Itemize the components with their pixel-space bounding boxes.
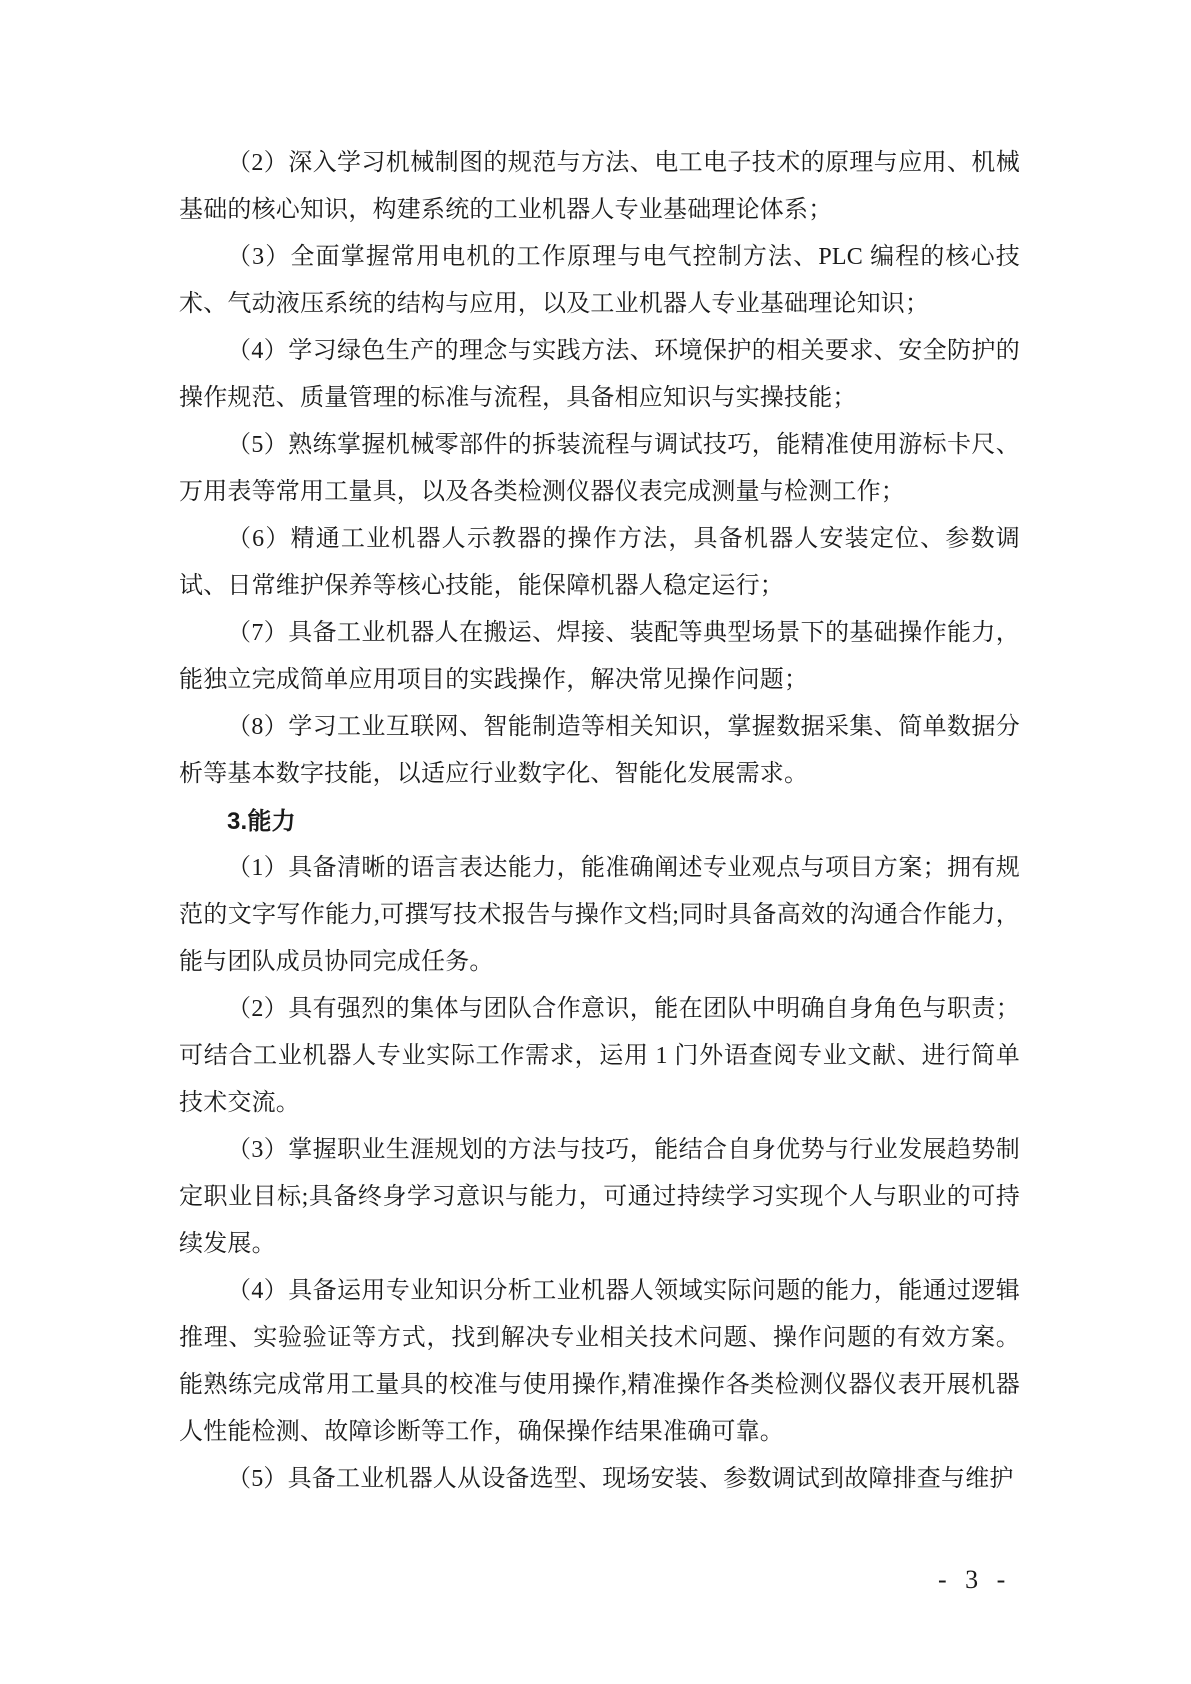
document-page: （2）深入学习机械制图的规范与方法、电工电子技术的原理与应用、机械基础的核心知识…: [0, 0, 1191, 1684]
section-heading-ability: 3.能力: [179, 798, 1020, 845]
paragraph-knowledge-2: （2）深入学习机械制图的规范与方法、电工电子技术的原理与应用、机械基础的核心知识…: [179, 140, 1020, 234]
page-number: - 3 -: [938, 1562, 1011, 1598]
paragraph-ability-2: （2）具有强烈的集体与团队合作意识，能在团队中明确自身角色与职责；可结合工业机器…: [179, 986, 1020, 1127]
paragraph-ability-1: （1）具备清晰的语言表达能力，能准确阐述专业观点与项目方案；拥有规范的文字写作能…: [179, 845, 1020, 986]
paragraph-knowledge-4: （4）学习绿色生产的理念与实践方法、环境保护的相关要求、安全防护的操作规范、质量…: [179, 328, 1020, 422]
paragraph-knowledge-5: （5）熟练掌握机械零部件的拆装流程与调试技巧，能精准使用游标卡尺、万用表等常用工…: [179, 422, 1020, 516]
page-body-text: （2）深入学习机械制图的规范与方法、电工电子技术的原理与应用、机械基础的核心知识…: [179, 140, 1020, 1503]
paragraph-ability-3: （3）掌握职业生涯规划的方法与技巧，能结合自身优势与行业发展趋势制定职业目标;具…: [179, 1127, 1020, 1268]
paragraph-knowledge-6: （6）精通工业机器人示教器的操作方法，具备机器人安装定位、参数调试、日常维护保养…: [179, 516, 1020, 610]
paragraph-knowledge-3: （3）全面掌握常用电机的工作原理与电气控制方法、PLC 编程的核心技术、气动液压…: [179, 234, 1020, 328]
paragraph-knowledge-7: （7）具备工业机器人在搬运、焊接、装配等典型场景下的基础操作能力，能独立完成简单…: [179, 610, 1020, 704]
paragraph-ability-4: （4）具备运用专业知识分析工业机器人领域实际问题的能力，能通过逻辑推理、实验验证…: [179, 1268, 1020, 1456]
paragraph-knowledge-8: （8）学习工业互联网、智能制造等相关知识，掌握数据采集、简单数据分析等基本数字技…: [179, 704, 1020, 798]
paragraph-ability-5: （5）具备工业机器人从设备选型、现场安装、参数调试到故障排查与维护: [179, 1456, 1020, 1503]
